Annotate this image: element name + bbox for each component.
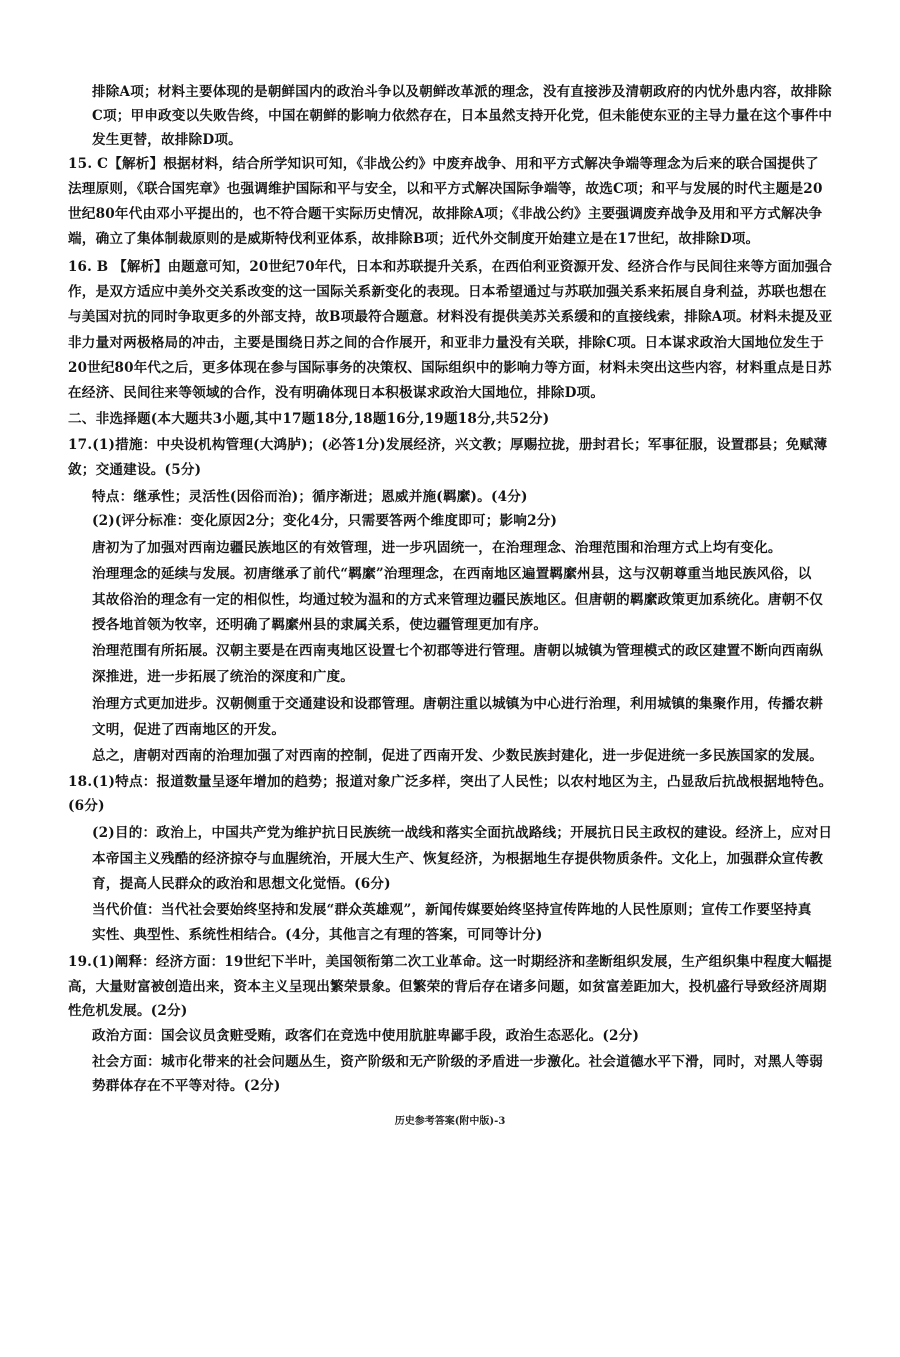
- text-line: 文明，促进了西南地区的开发。: [92, 721, 285, 739]
- text-line: 15. C【解析】根据材料，结合所学知识可知，《非战公约》中废弃战争、用和平方式…: [68, 155, 819, 173]
- text-line: 实性、典型性、系统性相结合。(4分，其他言之有理的答案，可同等计分): [92, 926, 543, 944]
- text-line: 性危机发展。(2分): [68, 1002, 187, 1020]
- text-line: 20世纪80年代之后，更多体现在参与国际事务的决策权、国际组织中的影响力等方面，…: [68, 359, 832, 377]
- text-line: 治理方式更加进步。汉朝侧重于交通建设和设郡管理。唐朝注重以城镇为中心进行治理，利…: [92, 695, 823, 713]
- text-line: 育，提高人民群众的政治和思想文化觉悟。(6分): [92, 875, 391, 893]
- text-line: 高，大量财富被创造出来，资本主义呈现出繁荣景象。但繁荣的背后存在诸多问题，如贫富…: [68, 978, 827, 996]
- text-line: 其故俗治的理念有一定的相似性，均通过较为温和的方式来管理边疆民族地区。但唐朝的羁…: [92, 591, 823, 609]
- text-line: 授各地首领为牧宰，还明确了羁縻州县的隶属关系，使边疆管理更加有序。: [92, 616, 547, 634]
- text-line: 唐初为了加强对西南边疆民族地区的有效管理，进一步巩固统一，在治理理念、治理范围和…: [92, 539, 782, 557]
- page-footer: 历史参考答案(附中版)-3: [0, 1112, 900, 1127]
- text-line: 在经济、民间往来等领域的合作，没有明确体现日本积极谋求政治大国地位，排除D项。: [68, 384, 604, 402]
- text-line: (2)(评分标准：变化原因2分；变化4分，只需要答两个维度即可；影响2分): [92, 512, 557, 530]
- text-line: 治理理念的延续与发展。初唐继承了前代“羁縻”治理理念，在西南地区遍置羁縻州县，这…: [92, 565, 812, 583]
- text-line: 政治方面：国会议员贪赃受贿，政客们在竞选中使用肮脏卑鄙手段，政治生态恶化。(2分…: [92, 1027, 639, 1045]
- text-line: 总之，唐朝对西南的治理加强了对西南的控制，促进了西南开发、少数民族封建化，进一步…: [92, 747, 823, 765]
- text-line: 18.(1)特点：报道数量呈逐年增加的趋势；报道对象广泛多样，突出了人民性；以农…: [68, 773, 832, 791]
- text-line: 二、非选择题(本大题共3小题,其中17题18分,18题16分,19题18分,共5…: [68, 410, 549, 428]
- text-line: 19.(1)阐释：经济方面：19世纪下半叶，美国领衔第二次工业革命。这一时期经济…: [68, 953, 832, 971]
- text-line: C项；甲申政变以失败告终，中国在朝鲜的影响力依然存在，日本虽然支持开化党，但未能…: [92, 107, 832, 125]
- text-line: 深推进，进一步拓展了统治的深度和广度。: [92, 668, 354, 686]
- text-line: 治理范围有所拓展。汉朝主要是在西南夷地区设置七个初郡等进行管理。唐朝以城镇为管理…: [92, 642, 823, 660]
- document-page: 排除A项；材料主要体现的是朝鲜国内的政治斗争以及朝鲜改革派的理念，没有直接涉及清…: [0, 0, 900, 1357]
- text-line: 排除A项；材料主要体现的是朝鲜国内的政治斗争以及朝鲜改革派的理念，没有直接涉及清…: [92, 83, 832, 101]
- text-line: 与美国对抗的同时争取更多的外部支持，故B项最符合题意。材料没有提供美苏关系缓和的…: [68, 308, 832, 326]
- text-line: 法理原则，《联合国宪章》也强调维护国际和平与安全，以和平方式解决国际争端等，故选…: [68, 180, 823, 198]
- text-line: 社会方面：城市化带来的社会问题丛生，资产阶级和无产阶级的矛盾进一步激化。社会道德…: [92, 1053, 823, 1071]
- text-line: 作，是双方适应中美外交关系改变的这一国际关系新变化的表现。日本希望通过与苏联加强…: [68, 283, 827, 301]
- text-line: 势群体存在不平等对待。(2分): [92, 1077, 280, 1095]
- text-line: 特点：继承性；灵活性(因俗而治)；循序渐进；恩威并施(羁縻)。(4分): [92, 488, 528, 506]
- text-line: 当代价值：当代社会要始终坚持和发展“群众英雄观”，新闻传媒要始终坚持宣传阵地的人…: [92, 901, 812, 919]
- text-line: 端，确立了集体制裁原则的是威斯特伐利亚体系，故排除B项；近代外交制度开始建立是在…: [68, 230, 759, 248]
- text-line: 17.(1)措施：中央设机构管理(大鸿胪)；(必答1分)发展经济，兴文教；厚赐拉…: [68, 436, 827, 454]
- text-line: 发生更替，故排除D项。: [92, 131, 242, 149]
- text-line: 非力量对两极格局的冲击，主要是围绕日苏之间的合作展开，和亚非力量没有关联，排除C…: [68, 334, 824, 352]
- text-line: (2)目的：政治上，中国共产党为维护抗日民族统一战线和落实全面抗战路线；开展抗日…: [92, 824, 832, 842]
- text-line: 本帝国主义残酷的经济掠夺与血腥统治，开展大生产、恢复经济，为根据地生存提供物质条…: [92, 850, 823, 868]
- text-line: 敛；交通建设。(5分): [68, 461, 201, 479]
- text-line: 16. B 【解析】由题意可知，20世纪70年代，日本和苏联提升关系，在西伯利亚…: [68, 258, 832, 276]
- text-line: 世纪80年代由邓小平提出的，也不符合题干实际历史情况，故排除A项；《非战公约》主…: [68, 205, 822, 223]
- text-line: (6分): [68, 797, 105, 815]
